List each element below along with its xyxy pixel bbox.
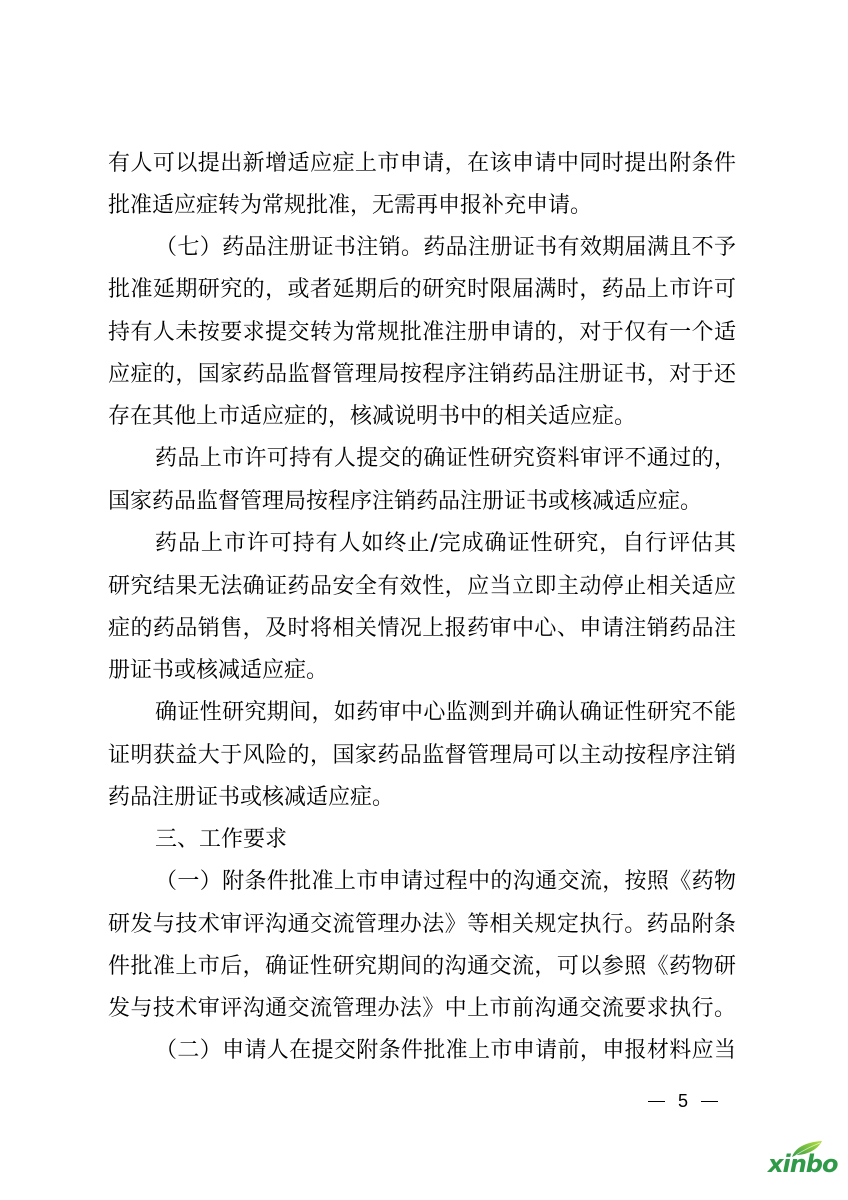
text-line: 有人可以提出新增适应症上市申请，在该申请中同时提出附条件 (108, 148, 736, 180)
paragraph-start-line: 确证性研究期间，如药审中心监测到并确认确证性研究不能 (155, 697, 736, 729)
paragraph-start-line: 药品上市许可持有人如终止/完成确证性研究，自行评估其 (155, 528, 736, 560)
text-line: 册证书或核减适应症。 (108, 655, 736, 687)
text-line: 国家药品监督管理局按程序注销药品注册证书或核减适应症。 (108, 486, 736, 518)
text-line: 研发与技术审评沟通交流管理办法》等相关规定执行。药品附条 (108, 909, 736, 941)
text-line: 件批准上市后，确证性研究期间的沟通交流，可以参照《药物研 (108, 951, 736, 983)
text-line: 应症的，国家药品监督管理局按程序注销药品注册证书，对于还 (108, 359, 736, 391)
document-page: 有人可以提出新增适应症上市申请，在该申请中同时提出附条件 批准适应症转为常规批准… (0, 0, 848, 1200)
section-heading-line: （一）附条件批准上市申请过程中的沟通交流，按照《药物 (155, 866, 736, 898)
xinbo-logo: xinbo (768, 1140, 846, 1182)
text-line: 批准适应症转为常规批准，无需再申报补充申请。 (108, 190, 736, 222)
text-line: 批准延期研究的，或者延期后的研究时限届满时，药品上市许可 (108, 274, 736, 306)
page-number-footer: 5 (648, 1089, 718, 1113)
section-heading-line: （七）药品注册证书注销。药品注册证书有效期届满且不予 (155, 232, 736, 264)
text-line: 存在其他上市适应症的，核减说明书中的相关适应症。 (108, 401, 736, 433)
logo-text: xinbo (768, 1150, 837, 1178)
paragraph-start-line: 药品上市许可持有人提交的确证性研究资料审评不通过的， (155, 443, 736, 475)
section-heading: 三、工作要求 (155, 824, 736, 856)
dash-right (701, 1101, 718, 1102)
section-heading-line: （二）申请人在提交附条件批准上市申请前，申报材料应当 (155, 1035, 736, 1067)
text-line: 症的药品销售，及时将相关情况上报药审中心、申请注销药品注 (108, 613, 736, 645)
dash-left (648, 1101, 665, 1102)
page-number: 5 (678, 1091, 688, 1112)
text-line: 药品注册证书或核减适应症。 (108, 782, 736, 814)
text-line: 持有人未按要求提交转为常规批准注册申请的，对于仅有一个适 (108, 317, 736, 349)
text-line: 研究结果无法确证药品安全有效性，应当立即主动停止相关适应 (108, 571, 736, 603)
text-line: 证明获益大于风险的，国家药品监督管理局可以主动按程序注销 (108, 740, 736, 772)
text-line: 发与技术审评沟通交流管理办法》中上市前沟通交流要求执行。 (108, 993, 736, 1025)
